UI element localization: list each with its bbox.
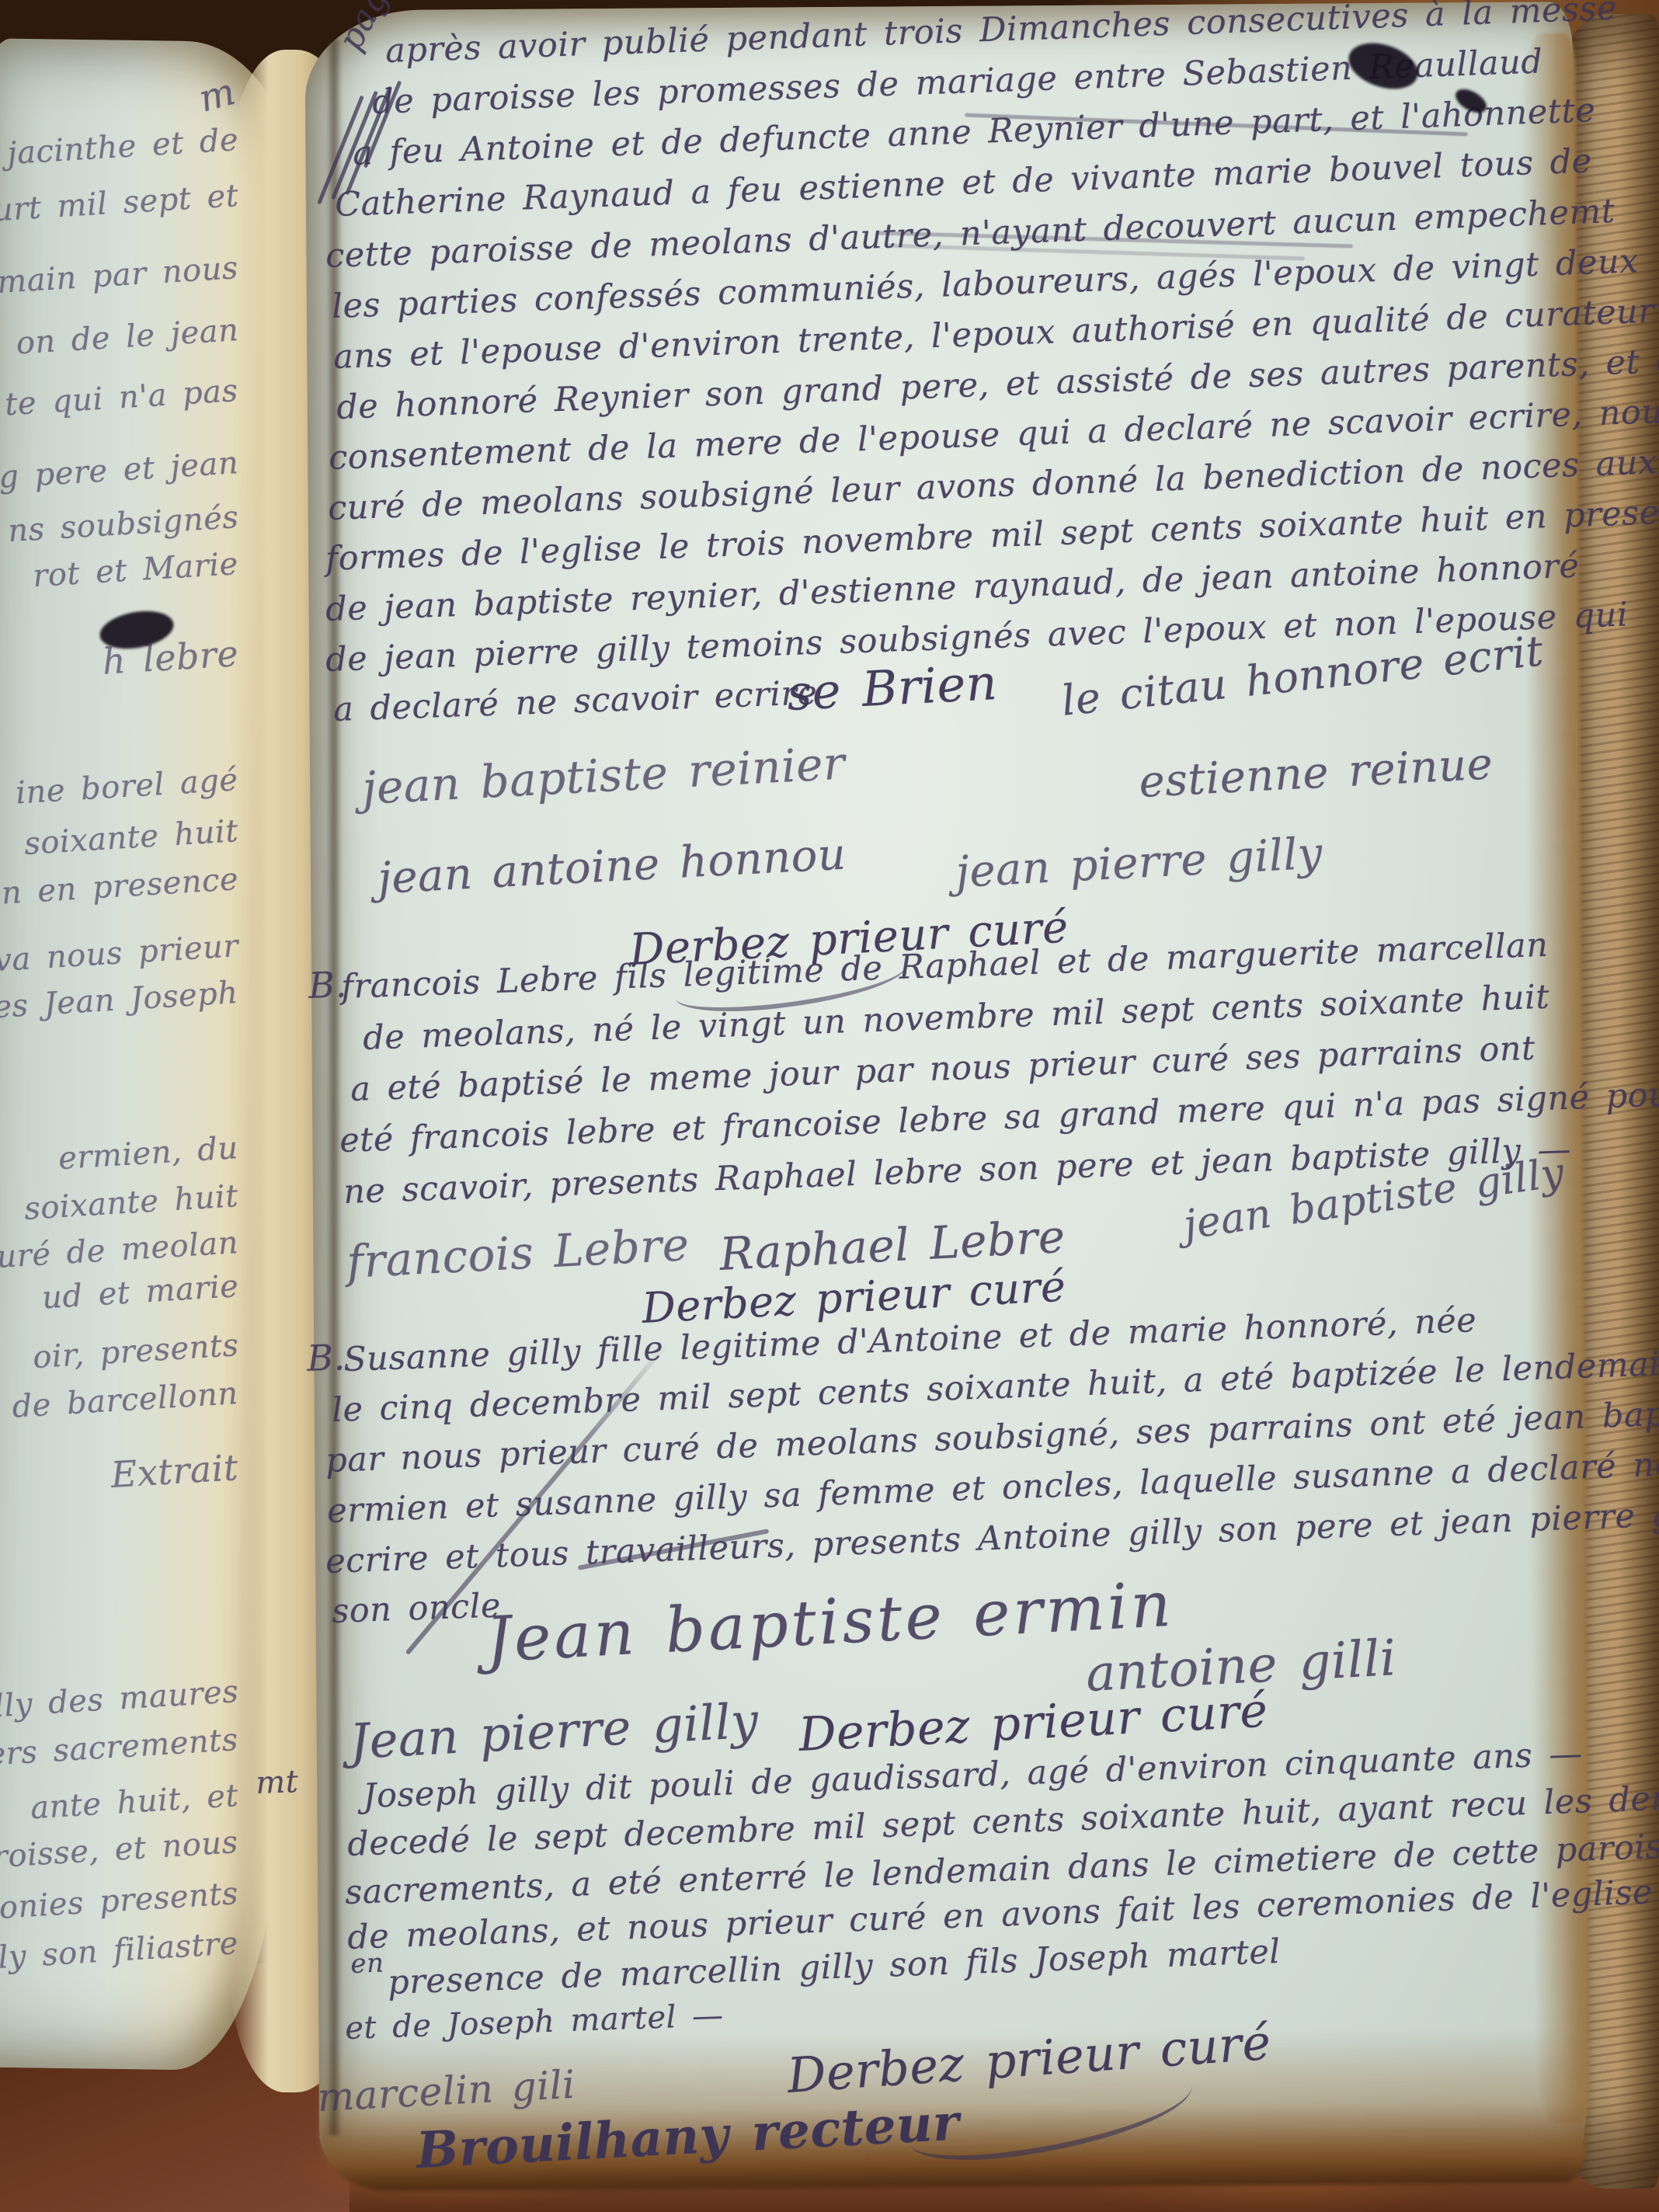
left-page-fragment: es Jean Joseph bbox=[0, 977, 239, 1023]
manuscript-line: et de Joseph martel — bbox=[345, 2000, 725, 2044]
manuscript-line: a declaré ne scavoir ecrire bbox=[332, 676, 818, 727]
left-page-fragment: soixante huit bbox=[23, 1181, 239, 1225]
left-page-fragment: te qui n'a pas bbox=[4, 375, 239, 420]
left-page-fragment: jacinthe et de bbox=[6, 124, 239, 169]
left-page-fragment: x curé de meolan bbox=[0, 1227, 239, 1276]
left-page-fragment: ourt mil sept et bbox=[0, 180, 239, 228]
manuscript-line: en bbox=[350, 1950, 384, 1977]
signature: francois Lebre bbox=[346, 1222, 690, 1285]
margin-mark-burial: mt bbox=[256, 1766, 299, 1799]
margin-mark-baptism: B. bbox=[306, 1339, 346, 1376]
left-page-fragment: soixante huit bbox=[23, 816, 239, 860]
left-page-fragment: lly des maures bbox=[0, 1676, 239, 1722]
left-page-fragment: main par nous bbox=[0, 252, 239, 298]
left-page-fragment: ns soubsignés bbox=[7, 502, 239, 547]
left-page-fragment: lly son filiastre bbox=[0, 1928, 239, 1974]
signature: se Brien bbox=[786, 659, 999, 718]
signature: jean pierre gilly bbox=[955, 832, 1323, 895]
left-page-fragment: oir, presents bbox=[32, 1330, 239, 1373]
ink-blot bbox=[1343, 35, 1424, 97]
left-page-fragment: g pere et jean bbox=[0, 447, 239, 493]
left-page-fragment: ain en presence bbox=[0, 864, 239, 911]
manuscript-line: son oncle bbox=[331, 1589, 501, 1629]
manuscript-photo: mjacinthe et deourt mil sept etmain par … bbox=[0, 0, 1659, 2212]
left-page-fragment: ine borel agé bbox=[16, 764, 239, 809]
signature: jean antoine honnou bbox=[377, 833, 847, 901]
left-page-fragment: rot et Marie bbox=[32, 548, 239, 592]
ink-layer: mjacinthe et deourt mil sept etmain par … bbox=[0, 0, 1659, 2212]
left-page-fragment: ns on de le jean bbox=[0, 315, 239, 363]
left-page-fragment: ud et marie bbox=[41, 1271, 239, 1313]
left-page-fragment: paroisse, et nous bbox=[0, 1827, 239, 1875]
left-page-fragment: rniers sacrements bbox=[0, 1724, 239, 1773]
signature: estienne reinue bbox=[1138, 743, 1494, 805]
signature: jean baptiste reinier bbox=[361, 741, 846, 811]
signature: marcelin gili bbox=[316, 2065, 576, 2117]
left-page-fragment: va nous prieur bbox=[0, 930, 239, 976]
left-page-fragment: Extrait bbox=[110, 1449, 239, 1493]
signature: Jean pierre gilly bbox=[349, 1697, 760, 1766]
left-page-fragment: ante huit, et bbox=[30, 1780, 239, 1824]
left-page-corner-mark: m bbox=[195, 73, 239, 118]
signature: Jean baptiste ermin bbox=[485, 1574, 1175, 1671]
left-page-fragment: ville de barcellonn bbox=[0, 1378, 239, 1428]
left-page-fragment: ermien, du bbox=[57, 1132, 239, 1174]
left-page-fragment: monies presents bbox=[0, 1878, 239, 1925]
